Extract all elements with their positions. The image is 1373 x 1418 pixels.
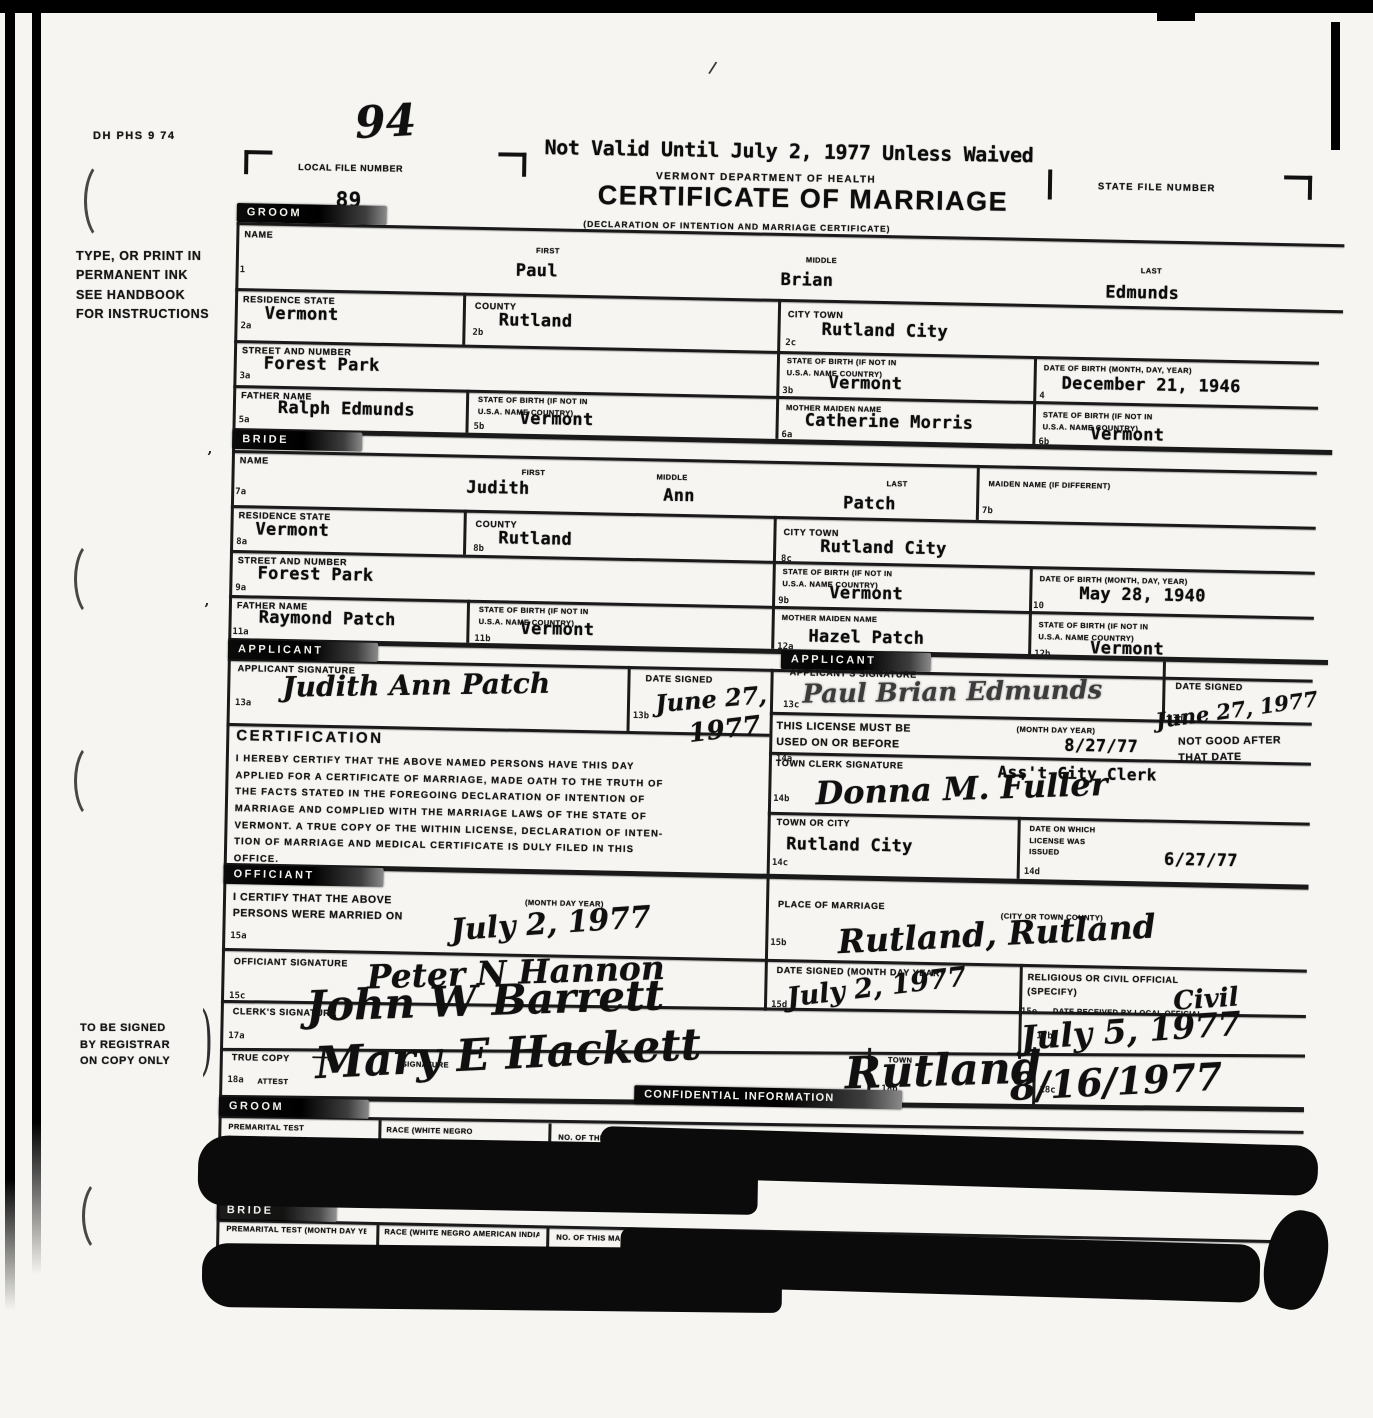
margin-registrar-note: TO BE SIGNED BY REGISTRAR ON COPY ONLY (80, 1020, 170, 1070)
grid-line (237, 222, 1345, 247)
bride-middle-label: MIDDLE (656, 471, 687, 483)
groom-mother-value: Catherine Morris (805, 410, 974, 433)
grid-line (767, 669, 774, 874)
license-use-by-label: THIS LICENSE MUST BE USED ON OR BEFORE (776, 718, 911, 753)
field-number: 6a (781, 430, 792, 440)
groom-first-label: FIRST (536, 245, 560, 257)
clerks-signature: John W Barrett (305, 970, 664, 1031)
hole-punch-mark (82, 1178, 124, 1254)
license-issued-label: DATE ON WHICH LICENSE WAS ISSUED (1029, 823, 1096, 859)
applicant-section-bar-left: APPLICANT (228, 640, 378, 662)
married-on-label: I CERTIFY THAT THE ABOVE PERSONS WERE MA… (233, 889, 404, 925)
field-number: 12b (1034, 649, 1050, 659)
field-number: 4 (1039, 391, 1045, 401)
groom-father-value: Ralph Edmunds (278, 398, 415, 421)
field-number: 15c (229, 991, 245, 1001)
grid-line (626, 666, 630, 731)
form-number: DH PHS 9 74 (93, 128, 176, 145)
groom-first-name-value: Paul (515, 261, 558, 282)
film-edge-left-outer (5, 0, 15, 1310)
field-number: 8a (236, 537, 247, 547)
field-number: 1 (240, 265, 246, 275)
groom-city-value: Rutland City (821, 320, 948, 343)
field-number: 13c (783, 700, 799, 710)
field-number: 11a (232, 627, 248, 637)
bride-middle-name-value: Ann (663, 486, 695, 507)
groom-last-name-value: Edmunds (1105, 282, 1179, 303)
attest-label: ATTEST (257, 1076, 288, 1088)
officiant-section-bar: OFFICIANT (223, 865, 383, 887)
field-number: 3a (239, 371, 250, 381)
bride-county-value: Rutland (498, 528, 572, 549)
religious-civil-label: RELIGIOUS OR CIVIL OFFICIAL (SPECIFY) (1027, 971, 1179, 1002)
field-number: 15e (1021, 1007, 1037, 1017)
local-file-bracket-left (244, 150, 272, 174)
groom-name-label: NAME (244, 228, 273, 243)
attest-signature: Mary E Hackett (314, 1019, 702, 1089)
groom-street-value: Forest Park (264, 354, 380, 376)
bride-race-label: RACE (WHITE NEGRO AMERICAN INDIAN ETC) (384, 1226, 539, 1241)
not-valid-notice: Not Valid Until July 2, 1977 Unless Waiv… (544, 135, 1033, 167)
field-number: 13a (235, 698, 251, 708)
certification-heading: CERTIFICATION (236, 727, 384, 747)
groom-birth-state-value: Vermont (828, 373, 902, 394)
town-clerk-title: Ass't City Clerk (998, 762, 1157, 784)
bride-father-birth-state-value: Vermont (520, 619, 594, 640)
bride-first-name-value: Judith (466, 478, 530, 499)
field-number: 15a (230, 931, 246, 941)
field-number: 13b (633, 711, 649, 721)
scan-speck: / (708, 58, 719, 78)
field-number: 5b (473, 422, 484, 432)
groom-residence-value: Vermont (265, 304, 339, 325)
place-of-marriage-label: PLACE OF MARRIAGE (778, 898, 885, 914)
field-number: 15b (770, 938, 786, 948)
certification-body: I HEREBY CERTIFY THAT THE ABOVE NAMED PE… (234, 751, 761, 878)
grid-line (775, 299, 781, 439)
license-issued-value: 6/27/77 (1164, 850, 1238, 871)
groom-confidential-bar: GROOM (219, 1097, 369, 1119)
field-number: 2c (785, 338, 796, 348)
bride-mother-value: Hazel Patch (808, 627, 924, 649)
field-number: 9a (235, 583, 246, 593)
town-or-city-value: Rutland City (786, 834, 913, 857)
confidential-information-bar: CONFIDENTIAL INFORMATION (634, 1085, 902, 1109)
license-not-good-label: NOT GOOD AFTER THAT DATE (1178, 732, 1282, 766)
field-number: 8b (473, 544, 484, 554)
film-edge-top-notch (1157, 0, 1195, 21)
local-file-number-label: LOCAL FILE NUMBER (298, 161, 403, 177)
grid-line (976, 465, 980, 520)
groom-applicant-signature: Paul Brian Edmunds (802, 675, 1102, 709)
scan-speck: ’ (207, 448, 212, 466)
bride-date-signed-year: 1977 (687, 711, 762, 749)
married-on-value: July 2, 1977 (450, 900, 652, 948)
date-signed-label: DATE SIGNED (1175, 680, 1243, 695)
state-file-number-label: STATE FILE NUMBER (1098, 180, 1216, 197)
grid-line (462, 293, 466, 345)
grid-line (465, 390, 469, 433)
groom-middle-label: MIDDLE (806, 254, 837, 266)
true-copy-label: TRUE COPY (232, 1051, 290, 1066)
groom-section-bar: GROOM (237, 203, 387, 225)
groom-birth-date-value: December 21, 1946 (1061, 374, 1240, 398)
town-clerk-signature-label: TOWN CLERK SIGNATURE (776, 757, 904, 773)
field-number: 5a (239, 415, 250, 425)
groom-mother-birth-state-value: Vermont (1090, 424, 1164, 445)
grid-line (1032, 356, 1037, 444)
field-number: 14b (773, 794, 789, 804)
grid-line (232, 450, 1317, 475)
field-number: 2b (472, 328, 483, 338)
registrar-note-brace: ) (201, 997, 213, 1085)
field-number: 17a (228, 1031, 244, 1041)
bride-city-value: Rutland City (820, 537, 947, 560)
bride-residence-value: Vermont (255, 519, 329, 540)
bride-last-name-value: Patch (843, 493, 896, 514)
margin-instructions: TYPE, OR PRINT IN PERMANENT INK SEE HAND… (76, 247, 209, 325)
bride-first-label: FIRST (522, 467, 546, 479)
place-of-marriage-value: Rutland, Rutland (837, 907, 1157, 962)
groom-middle-name-value: Brian (780, 270, 833, 291)
field-number: 2a (240, 321, 251, 331)
officiant-signature-label: OFFICIANT SIGNATURE (234, 955, 348, 971)
film-edge-left-inner (32, 0, 41, 1275)
bride-birth-state-value: Vermont (829, 583, 903, 604)
state-file-tick (1048, 169, 1052, 199)
bride-mother-label: MOTHER MAIDEN NAME (782, 612, 878, 626)
bride-mother-birth-state-value: Vermont (1090, 638, 1164, 659)
bride-street-value: Forest Park (257, 563, 373, 585)
field-number: 7b (982, 506, 993, 516)
state-filed-date-value: 8/16/1977 (1009, 1054, 1224, 1110)
field-number: 6b (1038, 437, 1049, 447)
month-day-year-hint: (MONTH DAY YEAR) (1016, 724, 1095, 737)
groom-last-label: LAST (1141, 265, 1162, 277)
field-number: 14c (772, 858, 788, 868)
field-number: 15d (771, 1000, 787, 1010)
grid-line (1017, 817, 1021, 879)
bride-father-value: Raymond Patch (258, 608, 395, 631)
bride-maiden-label: MAIDEN NAME (IF DIFFERENT) (988, 478, 1110, 492)
town-or-city-label: TOWN OR CITY (777, 816, 851, 831)
groom-father-birth-state-value: Vermont (520, 409, 594, 430)
groom-county-value: Rutland (498, 310, 572, 331)
field-number: 11b (474, 634, 490, 644)
grid-line (764, 874, 770, 1011)
bride-name-label: NAME (240, 454, 269, 469)
state-file-bracket-right (1284, 175, 1312, 199)
bride-birth-date-value: May 28, 1940 (1079, 584, 1206, 607)
hole-punch-mark (84, 160, 126, 242)
field-number: 14d (1024, 867, 1040, 877)
license-use-by-value: 8/27/77 (1064, 736, 1138, 757)
field-number: 8c (781, 554, 792, 564)
field-number: 9b (778, 596, 789, 606)
bride-applicant-signature: Judith Ann Patch (282, 667, 550, 704)
field-number: 10 (1033, 601, 1044, 611)
field-number: 18a (227, 1075, 243, 1085)
scan-speck: ’ (204, 600, 209, 618)
film-edge-right (1331, 22, 1340, 150)
bride-section-bar: BRIDE (232, 430, 362, 452)
grid-line (466, 600, 470, 643)
local-file-bracket-right (498, 152, 526, 176)
bride-last-label: LAST (886, 478, 907, 490)
local-file-number-pencil: 94 (354, 95, 418, 149)
grid-line (463, 510, 467, 555)
field-number: 7a (235, 487, 246, 497)
grid-line (771, 516, 777, 649)
field-number: 3b (782, 386, 793, 396)
hole-punch-mark (74, 742, 114, 820)
scanned-marriage-certificate: { "header": { "form_number": "DH PHS 9 7… (0, 0, 1373, 1418)
bride-premarital-label: PREMARITAL TEST (MONTH DAY YEAR) (226, 1223, 366, 1238)
hole-punch-mark (74, 540, 114, 618)
